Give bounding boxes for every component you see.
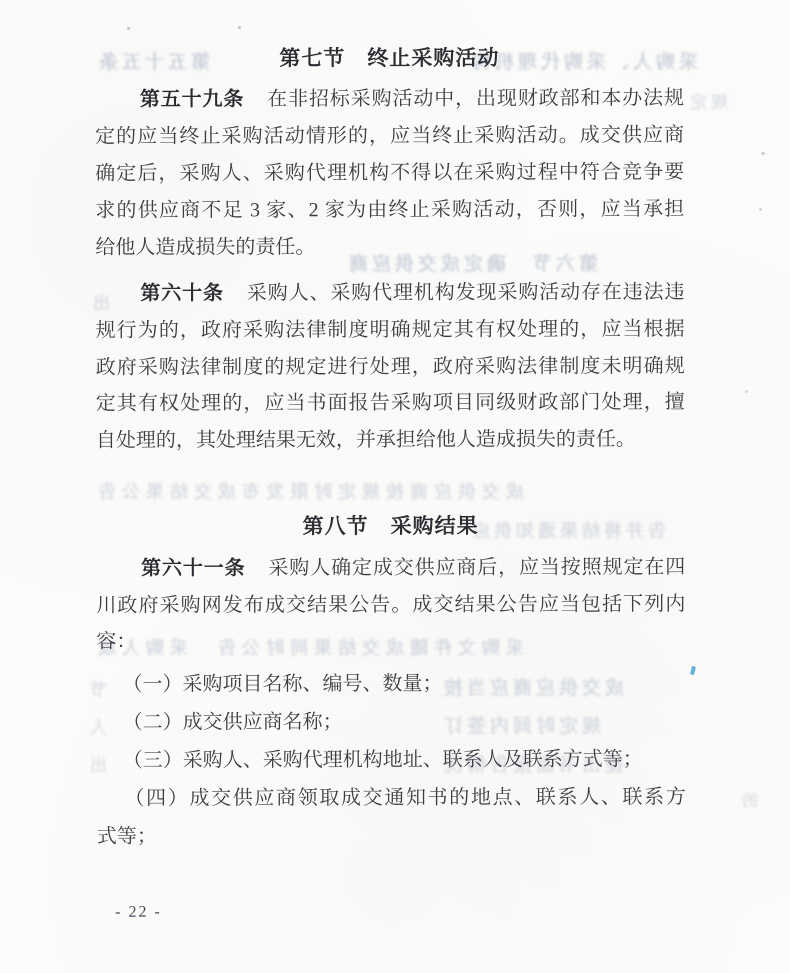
article-number-gap — [244, 104, 266, 105]
item-text: （三）采购人、采购代理机构地址、联系人及联系方式等； — [123, 748, 643, 771]
article-number: 第六十条 — [139, 282, 223, 304]
article-number: 第六十一条 — [140, 557, 245, 579]
body-line: 定其有权处理的，应当书面报告采购项目同级财政部门处理，擅 — [96, 385, 685, 423]
page-content: 第七节 终止采购活动 第五十九条在非招标采购活动中，出现财政部和本办法规 定的应… — [0, 0, 790, 973]
article-number-gap — [224, 298, 246, 299]
document-page: 第五十五条 采购人、采购代理机构 规定 第六节 确定成交供应商 出 成交供应商按… — [0, 0, 790, 973]
item-indent — [97, 728, 123, 729]
body-line: 容： — [96, 622, 685, 660]
item-text: （一）采购项目名称、编号、数量； — [122, 673, 442, 696]
body-line: 政府采购法律制度的规定进行处理，政府采购法律制度未明确规 — [96, 348, 685, 386]
list-item-continuation-line: 式等； — [97, 816, 686, 856]
body-line: 求的供应商不足 3 家、2 家为由终止采购活动，否则，应当承担 — [95, 191, 684, 229]
body-line: 确定后，采购人、采购代理机构不得以在采购过程中符合竞争要 — [95, 154, 684, 192]
item-text: （二）成交供应商名称； — [123, 711, 343, 734]
section-heading-7: 第七节 终止采购活动 — [95, 43, 684, 75]
item-indent — [97, 766, 123, 767]
body-line: 给他人造成损失的责任。 — [95, 228, 684, 266]
article-60-paragraph: 第六十条采购人、采购代理机构发现采购活动存在违法违 规行为的，政府采购法律制度明… — [95, 274, 684, 460]
list-item-line: （四）成交供应商领取成交通知书的地点、联系人、联系方 — [97, 778, 686, 818]
body-line: 第六十一条采购人确定成交供应商后，应当按照规定在四 — [96, 549, 685, 587]
body-line: 自处理的，其处理结果无效，并承担给他人造成损失的责任。 — [96, 421, 685, 459]
article-number: 第五十九条 — [139, 88, 244, 110]
body-line: 第六十条采购人、采购代理机构发现采购活动存在违法违 — [95, 274, 684, 312]
article-number-gap — [246, 573, 268, 574]
item-indent — [97, 804, 123, 805]
first-line-indent — [96, 574, 140, 575]
page-number: - 22 - — [115, 904, 162, 922]
article-59-paragraph: 第五十九条在非招标采购活动中，出现财政部和本办法规 定的应当终止采购活动情形的，… — [95, 80, 684, 266]
list-item-line: （二）成交供应商名称； — [97, 702, 686, 742]
section-heading-8: 第八节 采购结果 — [96, 511, 685, 543]
first-line-indent — [96, 299, 140, 300]
item-indent — [97, 690, 123, 691]
body-line: 第五十九条在非招标采购活动中，出现财政部和本办法规 — [95, 80, 684, 118]
article-61-item-list: （一）采购项目名称、编号、数量； （二）成交供应商名称； （三）采购人、采购代理… — [96, 664, 685, 856]
body-text: 在非招标采购活动中，出现财政部和本办法规 — [266, 87, 684, 110]
list-item-line: （三）采购人、采购代理机构地址、联系人及联系方式等； — [97, 740, 686, 780]
first-line-indent — [95, 105, 139, 106]
body-text: 采购人确定成交供应商后，应当按照规定在四 — [267, 556, 685, 579]
body-line: 规行为的，政府采购法律制度明确规定其有权处理的，应当根据 — [96, 311, 685, 349]
body-text: 采购人、采购代理机构发现采购活动存在违法违 — [246, 281, 685, 304]
body-line: 川政府采购网发布成交结果公告。成交结果公告应当包括下列内 — [96, 586, 685, 624]
body-line: 定的应当终止采购活动情形的，应当终止采购活动。成交供应商 — [95, 117, 684, 155]
article-61-paragraph: 第六十一条采购人确定成交供应商后，应当按照规定在四 川政府采购网发布成交结果公告… — [96, 549, 685, 660]
item-text: （四）成交供应商领取成交通知书的地点、联系人、联系方 — [123, 786, 686, 809]
list-item-line: （一）采购项目名称、编号、数量； — [96, 664, 685, 704]
